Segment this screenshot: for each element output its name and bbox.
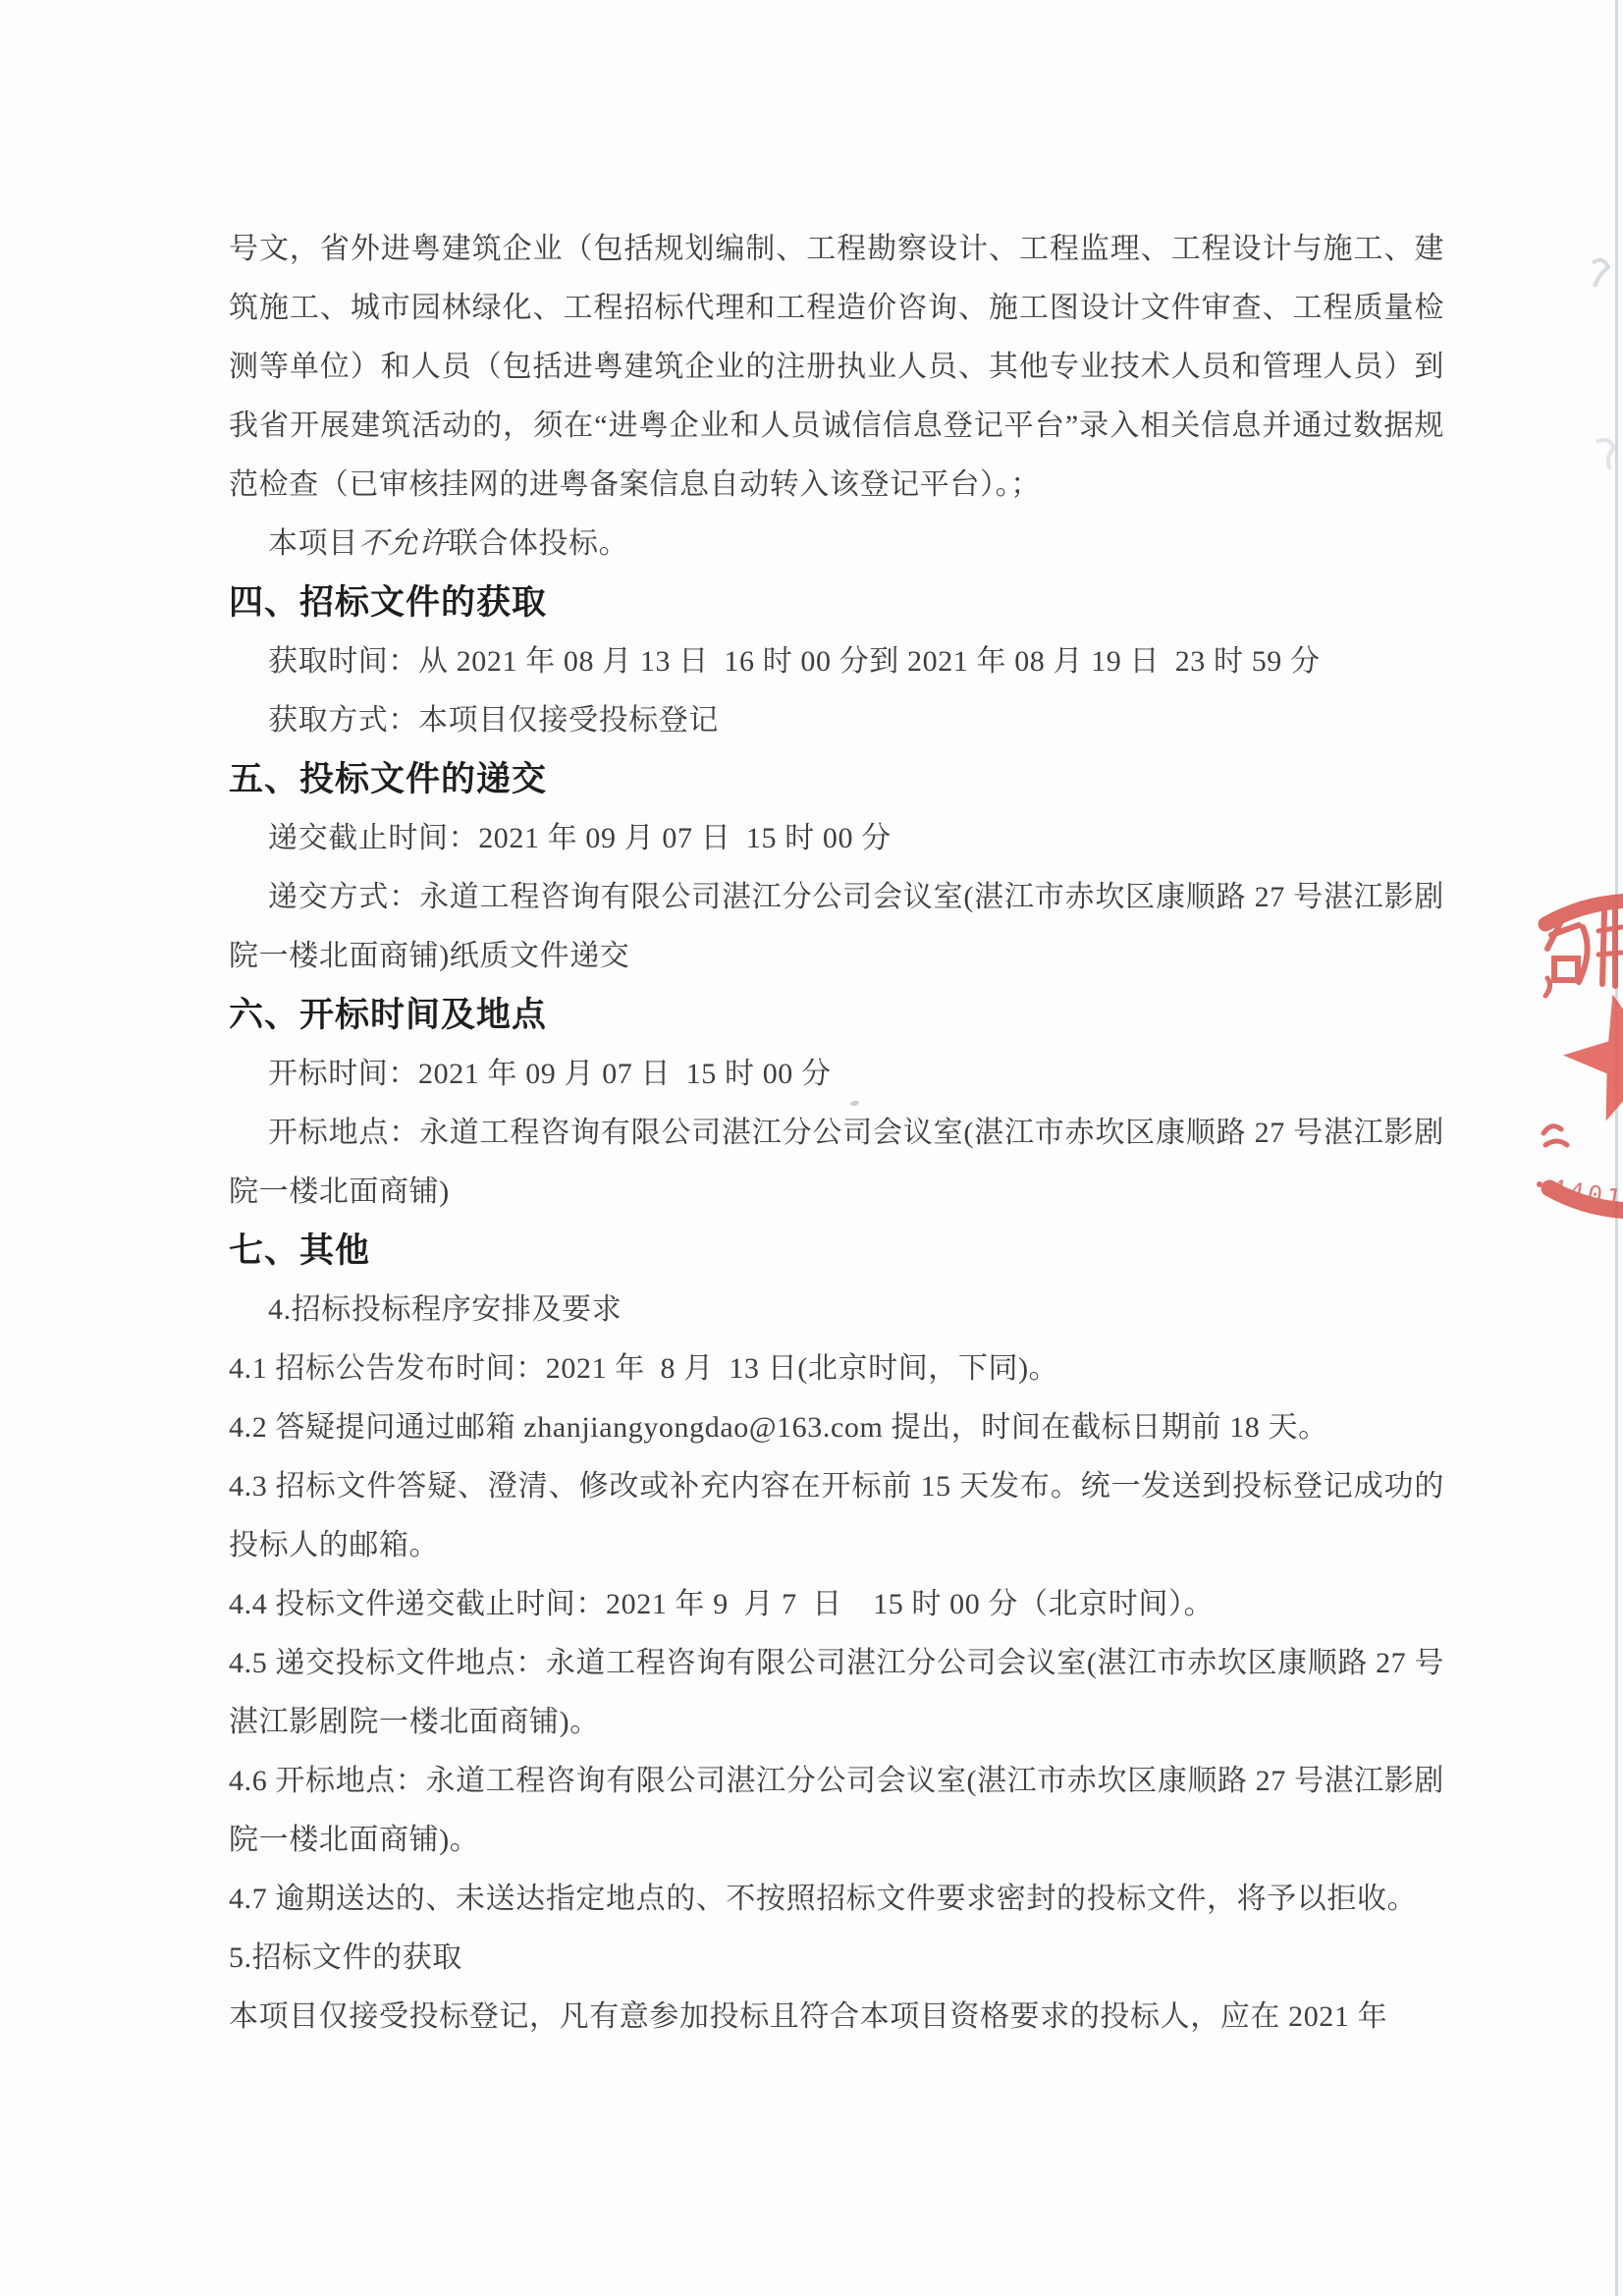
document-body: 号文，省外进粤建筑企业（包括规划编制、工程勘察设计、工程监理、工程设计与施工、建… xyxy=(229,220,1444,2047)
section-4-heading: 四、招标文件的获取 xyxy=(229,574,1444,632)
seal-serial-dot xyxy=(1537,1181,1542,1187)
section-6-time: 开标时间：2021 年 09 月 07 日 15 时 00 分 xyxy=(229,1045,1444,1104)
scan-artifact-top xyxy=(1593,260,1608,287)
seal-char-stroke xyxy=(1598,953,1622,955)
seal-comma-stroke xyxy=(1545,978,1550,996)
item-4-2: 4.2 答疑提问通过邮箱 zhanjiangyongdao@163.com 提出… xyxy=(229,1398,1444,1457)
seal-squiggle xyxy=(1543,1126,1561,1133)
section-4-obtain-method: 获取方式：本项目仅接受投标登记 xyxy=(229,691,1444,750)
item-4-6: 4.6 开标地点：永道工程咨询有限公司湛江分公司会议室(湛江市赤坎区康顺路 27… xyxy=(229,1752,1444,1870)
consortium-note-suffix: 联合体投标。 xyxy=(449,527,629,560)
item-4-5: 4.5 递交投标文件地点：永道工程咨询有限公司湛江分公司会议室(湛江市赤坎区康顺… xyxy=(229,1634,1444,1752)
red-seal-stamp: 44016 xyxy=(1500,872,1623,1245)
scanned-document-page: 号文，省外进粤建筑企业（包括规划编制、工程勘察设计、工程监理、工程设计与施工、建… xyxy=(0,0,1623,2296)
consortium-note: 本项目不允许联合体投标。 xyxy=(229,515,1444,574)
seal-char-stroke xyxy=(1602,911,1604,984)
item-4-3: 4.3 招标文件答疑、澄清、修改或补充内容在开标前 15 天发布。统一发送到投标… xyxy=(229,1457,1444,1575)
seal-ring-top-arc xyxy=(1545,901,1623,924)
section-7-sub4-title: 4.招标投标程序安排及要求 xyxy=(229,1281,1444,1339)
intro-paragraph: 号文，省外进粤建筑企业（包括规划编制、工程勘察设计、工程监理、工程设计与施工、建… xyxy=(229,220,1444,515)
section-7-sub5-title: 5.招标文件的获取 xyxy=(229,1929,1444,1988)
section-6-place: 开标地点：永道工程咨询有限公司湛江分公司会议室(湛江市赤坎区康顺路 27 号湛江… xyxy=(229,1104,1444,1222)
item-4-1: 4.1 招标公告发布时间：2021 年 8 月 13 日(北京时间，下同)。 xyxy=(229,1339,1444,1398)
star-shape xyxy=(1551,978,1623,1127)
section-4-obtain-time: 获取时间：从 2021 年 08 月 13 日 16 时 00 分到 2021 … xyxy=(229,632,1444,691)
consortium-note-prefix: 本项目 xyxy=(268,527,358,560)
scan-artifact-bottom xyxy=(1596,440,1614,469)
section-5-method: 递交方式：永道工程咨询有限公司湛江分公司会议室(湛江市赤坎区康顺路 27 号湛江… xyxy=(229,868,1444,986)
scan-artifact-marks xyxy=(1585,253,1623,489)
seal-squiggle xyxy=(1545,1141,1567,1145)
section-7-heading: 七、其他 xyxy=(229,1222,1444,1281)
section-5-heading: 五、投标文件的递交 xyxy=(229,750,1444,809)
item-4-4: 4.4 投标文件递交截止时间：2021 年 9 月 7 日 15 时 00 分（… xyxy=(229,1575,1444,1634)
item-4-7: 4.7 逾期送达的、未送达指定地点的、不按照招标文件要求密封的投标文件，将予以拒… xyxy=(229,1870,1444,1929)
seal-star-icon xyxy=(1551,978,1623,1127)
seal-squiggle-marks xyxy=(1543,1126,1567,1145)
consortium-note-emphasis: 不允许 xyxy=(358,527,449,560)
section-6-heading: 六、开标时间及地点 xyxy=(229,986,1444,1045)
seal-char-box xyxy=(1554,958,1578,980)
closing-paragraph: 本项目仅接受投标登记，凡有意参加投标且符合本项目资格要求的投标人，应在 2021… xyxy=(229,1988,1444,2047)
section-5-deadline: 递交截止时间：2021 年 09 月 07 日 15 时 00 分 xyxy=(229,809,1444,868)
seal-char-hook xyxy=(1579,927,1588,982)
